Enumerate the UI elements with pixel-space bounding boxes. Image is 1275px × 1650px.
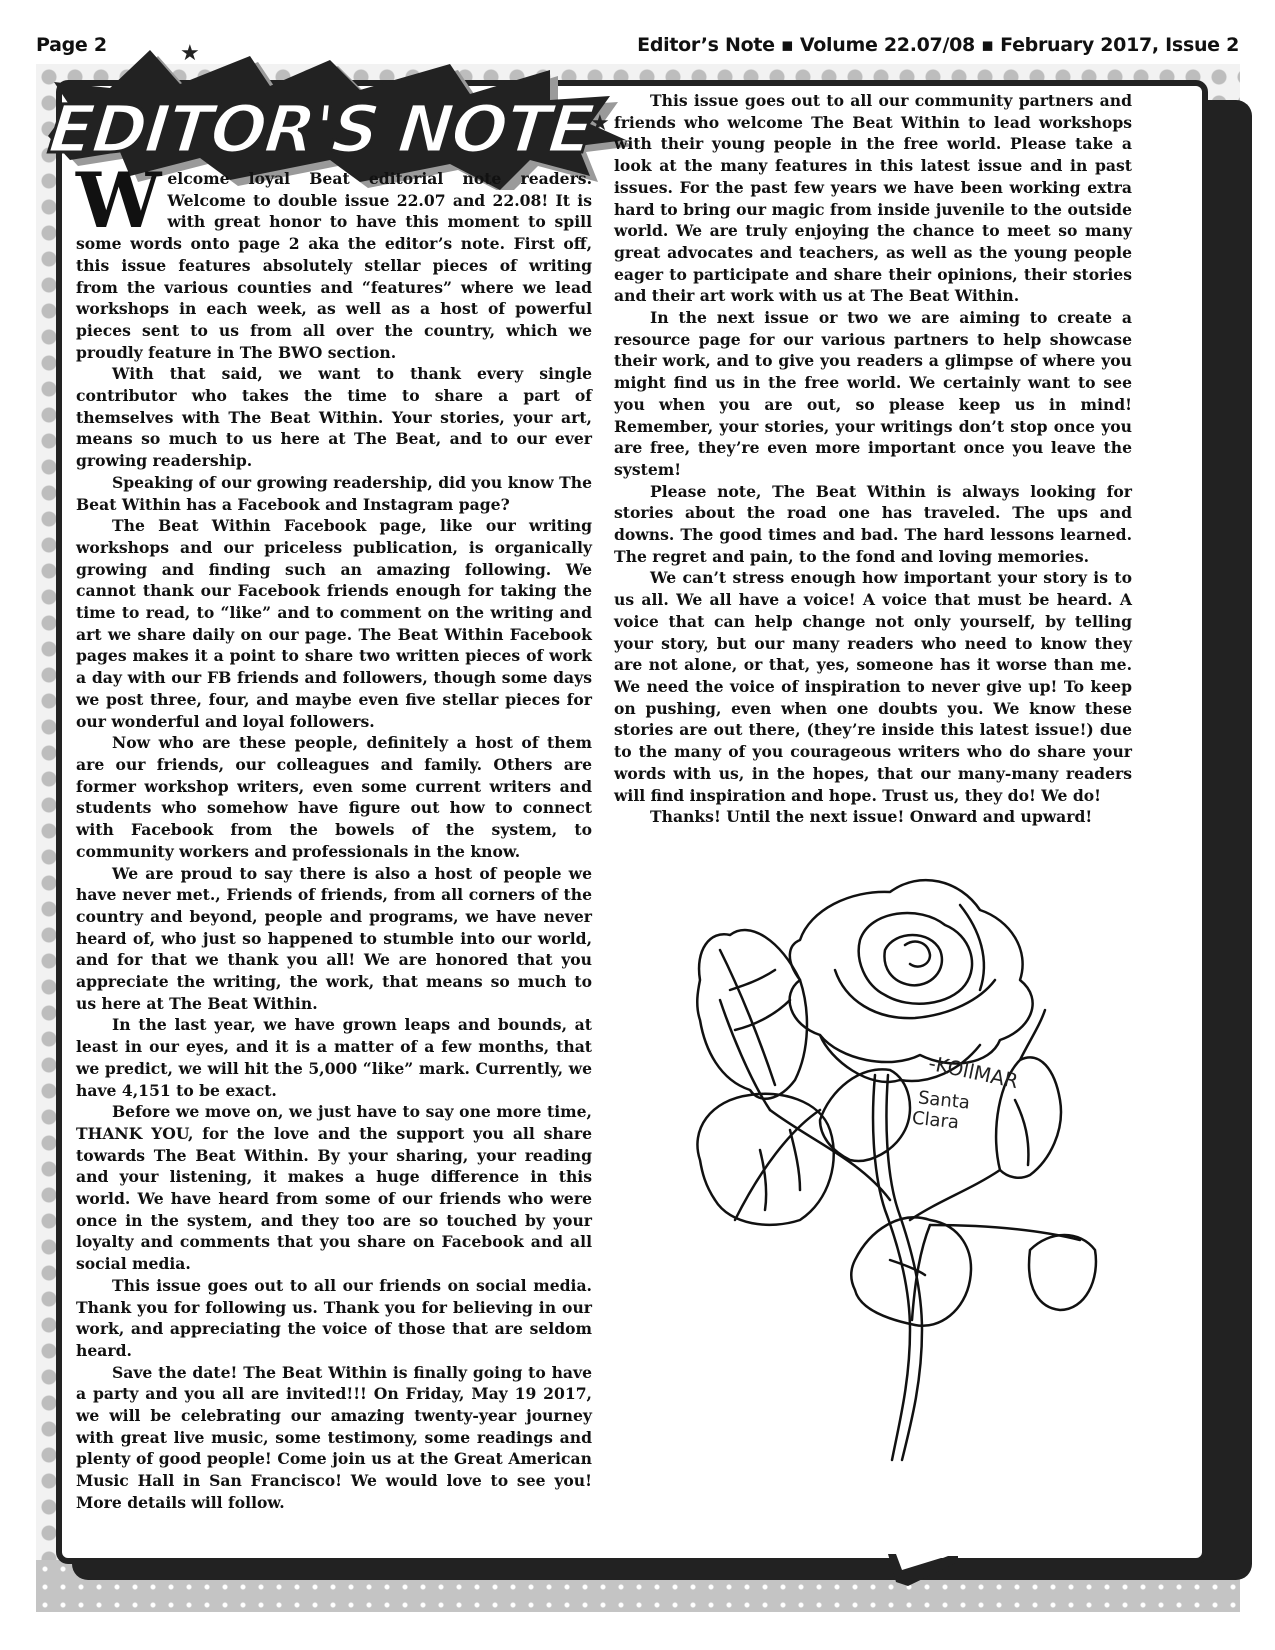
paragraph: This issue goes out to all our community…: [614, 90, 1132, 307]
speech-bubble-tail: [888, 1552, 958, 1592]
rose-illustration: [660, 830, 1100, 1470]
closing-line: Thanks! Until the next issue! Onward and…: [614, 806, 1132, 828]
star-icon: ★: [590, 111, 610, 136]
paragraph: In the next issue or two we are aiming t…: [614, 307, 1132, 481]
article-left-column: Welcome loyal Beat editorial note reader…: [76, 168, 592, 1514]
paragraph: Now who are these people, definitely a h…: [76, 732, 592, 862]
running-title: Editor’s Note ▪ Volume 22.07/08 ▪ Februa…: [637, 34, 1239, 56]
paragraph: With that said, we want to thank every s…: [76, 363, 592, 472]
article-right-column: This issue goes out to all our community…: [614, 90, 1132, 828]
paragraph: Save the date! The Beat Within is finall…: [76, 1362, 592, 1514]
drop-cap: W: [76, 170, 161, 232]
paragraph: Before we move on, we just have to say o…: [76, 1101, 592, 1275]
paragraph: In the last year, we have grown leaps an…: [76, 1014, 592, 1101]
paragraph: Please note, The Beat Within is always l…: [614, 481, 1132, 568]
paragraph: Speaking of our growing readership, did …: [76, 472, 592, 515]
paragraph: Welcome loyal Beat editorial note reader…: [76, 168, 592, 363]
star-icon: ★: [180, 41, 200, 66]
paragraph: We are proud to say there is also a host…: [76, 863, 592, 1015]
paragraph: This issue goes out to all our friends o…: [76, 1275, 592, 1362]
paragraph: The Beat Within Facebook page, like our …: [76, 515, 592, 732]
paragraph: We can’t stress enough how important you…: [614, 567, 1132, 806]
